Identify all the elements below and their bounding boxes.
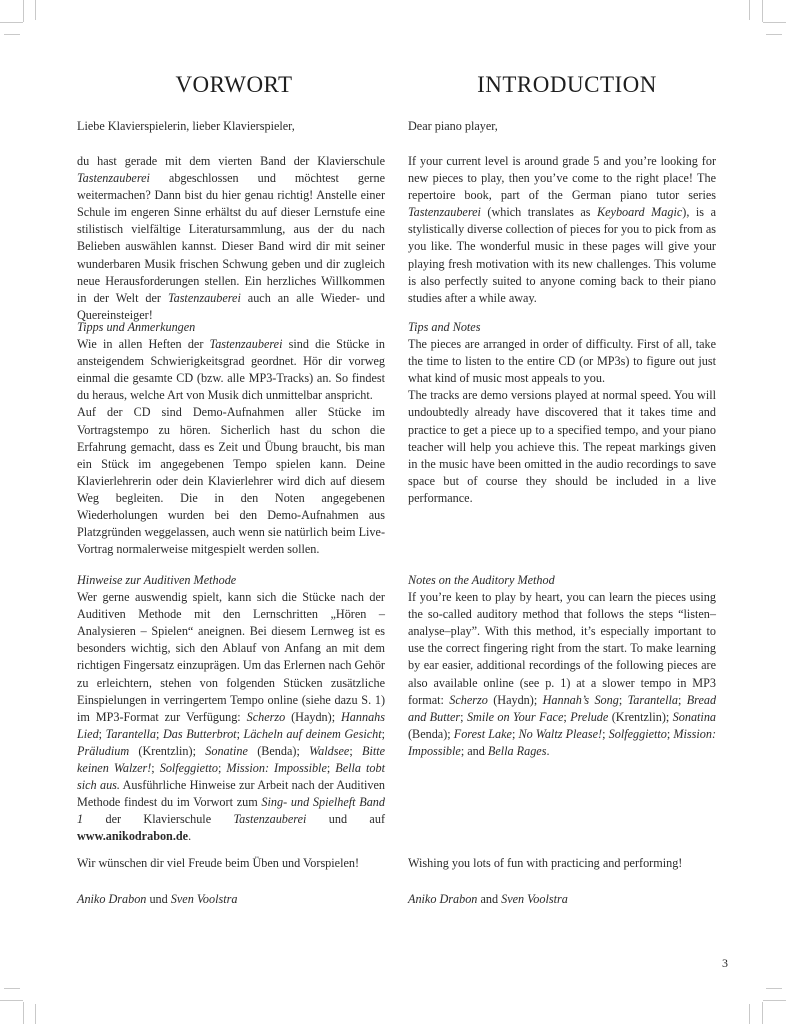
german-intro-paragraph: du hast gerade mit dem vierten Band der …: [77, 153, 385, 324]
german-auditory-paragraph: Wer gerne auswendig spielt, kann sich di…: [77, 589, 385, 845]
german-signature: Aniko Drabon und Sven Voolstra: [77, 891, 385, 908]
english-column: INTRODUCTION Dear piano player, If your …: [408, 72, 716, 110]
crop-mark: [762, 1002, 763, 1024]
website-link[interactable]: www.anikodrabon.de: [77, 829, 188, 843]
crop-mark: [0, 1000, 23, 1001]
german-intro-section: du hast gerade mit dem vierten Band der …: [77, 153, 385, 324]
crop-mark: [35, 1004, 36, 1024]
english-tips-heading: Tips and Notes: [408, 319, 716, 336]
german-closing: Wir wünschen dir viel Freude beim Üben u…: [77, 855, 385, 872]
german-tips-paragraph-1: Wie in allen Heften der Tastenzauberei s…: [77, 336, 385, 404]
english-auditory-heading: Notes on the Auditory Method: [408, 572, 716, 589]
german-salutation: Liebe Klavierspielerin, lieber Klaviersp…: [77, 117, 385, 136]
german-column: VORWORT Liebe Klavierspielerin, lieber K…: [77, 72, 385, 110]
english-intro-section: If your current level is around grade 5 …: [408, 153, 716, 307]
german-auditory-heading: Hinweise zur Auditiven Methode: [77, 572, 385, 589]
german-tips-heading: Tipps und Anmerkungen: [77, 319, 385, 336]
crop-mark: [762, 0, 763, 22]
english-signature: Aniko Drabon and Sven Voolstra: [408, 891, 716, 908]
english-intro-paragraph: If your current level is around grade 5 …: [408, 153, 716, 307]
page-title-introduction: INTRODUCTION: [408, 72, 716, 98]
crop-mark: [749, 0, 750, 20]
crop-mark: [4, 988, 20, 989]
crop-mark: [23, 0, 24, 22]
crop-mark: [763, 1000, 786, 1001]
crop-mark: [4, 34, 20, 35]
english-tips-paragraph-2: The tracks are demo versions played at n…: [408, 387, 716, 507]
german-auditory-section: Hinweise zur Auditiven Methode Wer gerne…: [77, 572, 385, 846]
crop-mark: [766, 34, 782, 35]
english-tips-section: Tips and Notes The pieces are arranged i…: [408, 319, 716, 507]
crop-mark: [766, 988, 782, 989]
page-number: 3: [722, 956, 728, 971]
german-tips-section: Tipps und Anmerkungen Wie in allen Hefte…: [77, 319, 385, 558]
crop-mark: [35, 0, 36, 20]
english-closing: Wishing you lots of fun with practicing …: [408, 855, 716, 872]
english-tips-paragraph-1: The pieces are arranged in order of diff…: [408, 336, 716, 387]
crop-mark: [749, 1004, 750, 1024]
german-tips-paragraph-2: Auf der CD sind Demo-Aufnahmen aller Stü…: [77, 404, 385, 558]
english-auditory-section: Notes on the Auditory Method If you’re k…: [408, 572, 716, 760]
english-auditory-paragraph: If you’re keen to play by heart, you can…: [408, 589, 716, 760]
page-title-vorwort: VORWORT: [77, 72, 385, 98]
crop-mark: [23, 1002, 24, 1024]
crop-mark: [0, 22, 23, 23]
english-salutation: Dear piano player,: [408, 117, 716, 136]
crop-mark: [763, 22, 786, 23]
